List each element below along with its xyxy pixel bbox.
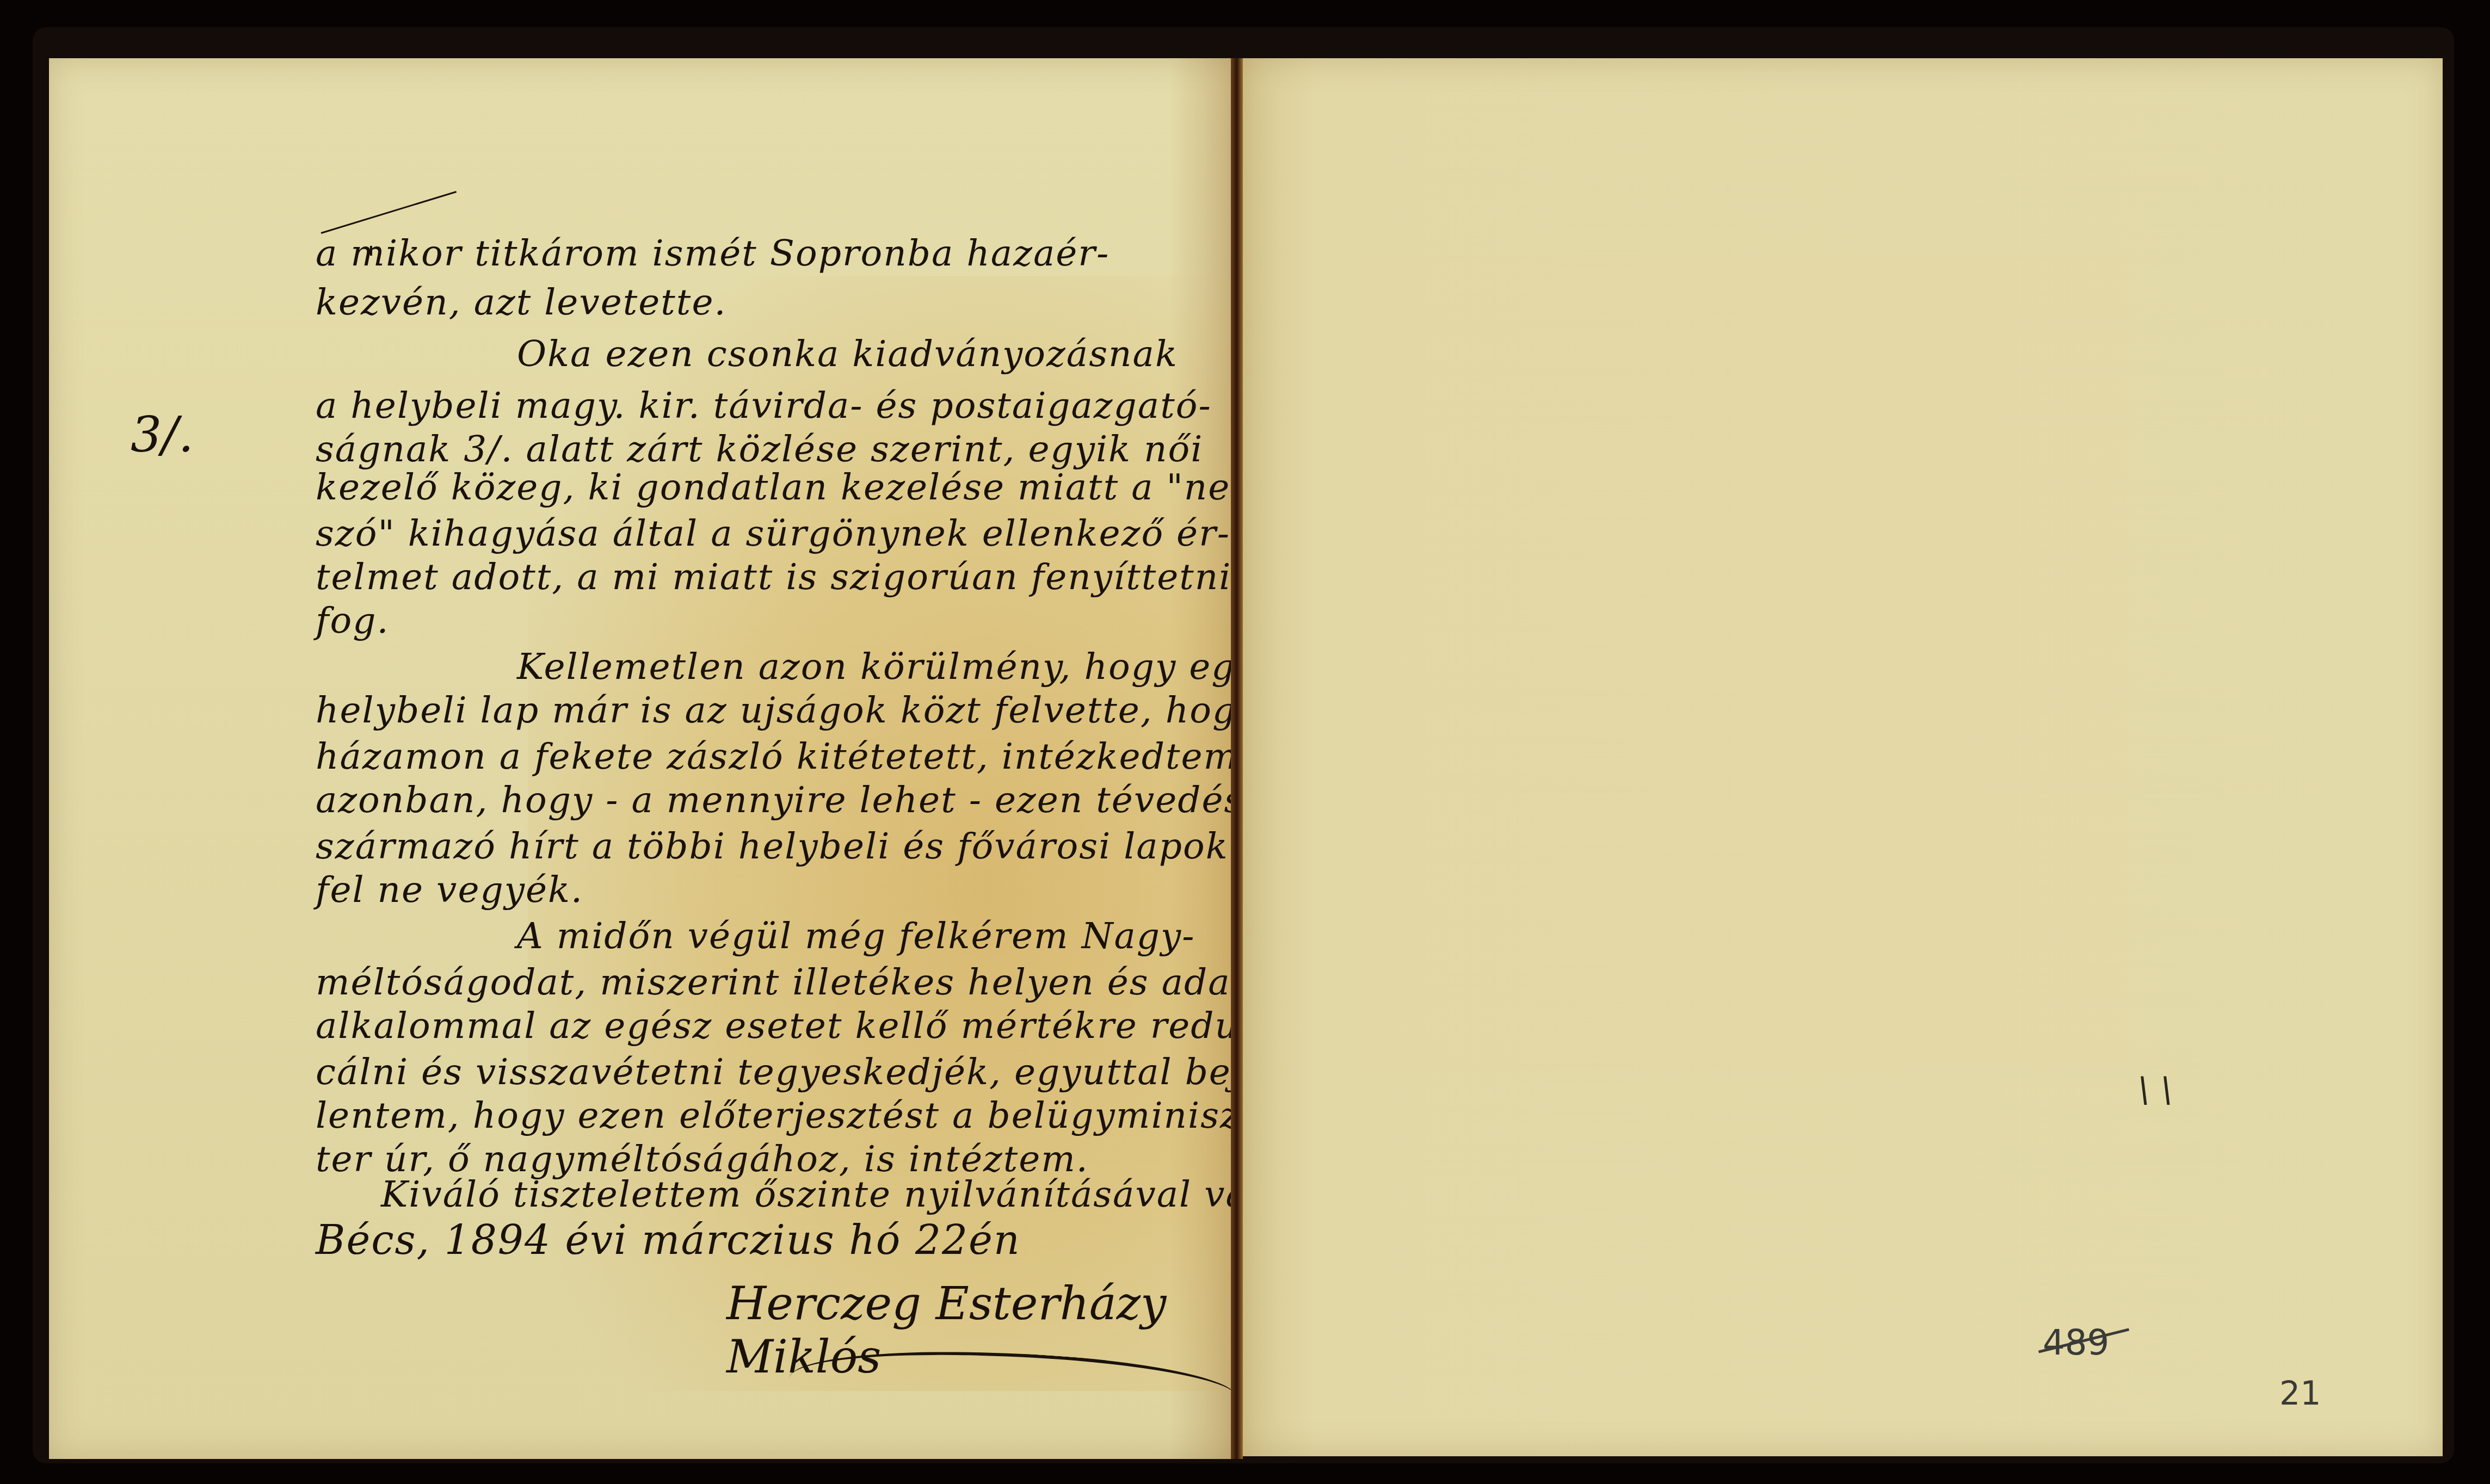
paper-discoloration — [1363, 254, 2124, 1070]
text-line-13: azonban, hogy - a mennyire lehet - ezen … — [316, 779, 1303, 821]
text-line-15: fel ne vegyék. — [316, 869, 583, 911]
text-line-4: a helybeli magy. kir. távirda- és postai… — [316, 385, 1212, 426]
closing-line: Kiváló tisztelettem őszinte nyilvánításá… — [316, 1173, 1339, 1215]
text-line-12: házamon a fekete zászló kitétetett, inté… — [316, 735, 1238, 777]
text-line-10: Kellemetlen azon körülmény, hogy egyik — [316, 646, 1292, 688]
text-line-16: A midőn végül még felkérem Nagy- — [316, 915, 1195, 957]
folio-number: 21 — [2279, 1375, 2321, 1413]
text-line-6: kezelő közeg, ki gondatlan kezelése miat… — [316, 466, 1279, 508]
text-line-18: alkalommal az egész esetet kellő mértékr… — [316, 1005, 1252, 1047]
text-line-5: ságnak 3/. alatt zárt közlése szerint, e… — [316, 428, 1203, 470]
text-line-11: helybeli lap már is az ujságok közt felv… — [316, 689, 1258, 731]
place-date-line: Bécs, 1894 évi márczius hó 22én — [316, 1217, 1021, 1264]
text-line-20: lentem, hogy ezen előterjesztést a belüg… — [316, 1095, 1253, 1136]
text-line-19: cálni és visszavétetni tegyeskedjék, egy… — [316, 1051, 1279, 1093]
archive-number-struck: 489 — [2043, 1323, 2109, 1363]
text-line-8: telmet adott, a mi miatt is szigorúan fe… — [316, 556, 1231, 598]
text-line-17: méltóságodat, miszerint illetékes helyen… — [316, 961, 1302, 1003]
text-line-2: kezvén, azt levetette. — [316, 281, 726, 323]
left-page: 3/. a mikor titkárom ismét Sopronba haza… — [49, 58, 1241, 1459]
text-line-9: fog. — [316, 599, 389, 641]
binding-gutter — [1231, 58, 1243, 1459]
margin-reference: 3/. — [131, 406, 194, 463]
text-line-7: szó" kihagyása által a sürgönynek ellenk… — [316, 512, 1230, 554]
right-page: \ \ 489 21 — [1243, 58, 2443, 1456]
stray-ink-marks: \ \ — [2138, 1070, 2172, 1110]
text-line-3: Oka ezen csonka kiadványozásnak — [316, 333, 1178, 375]
text-line-1: a mikor titkárom ismét Sopronba hazaér- — [316, 232, 1110, 274]
text-line-14: származó hírt a többi helybeli és főváro… — [316, 825, 1229, 867]
continuation-mark — [321, 191, 457, 234]
